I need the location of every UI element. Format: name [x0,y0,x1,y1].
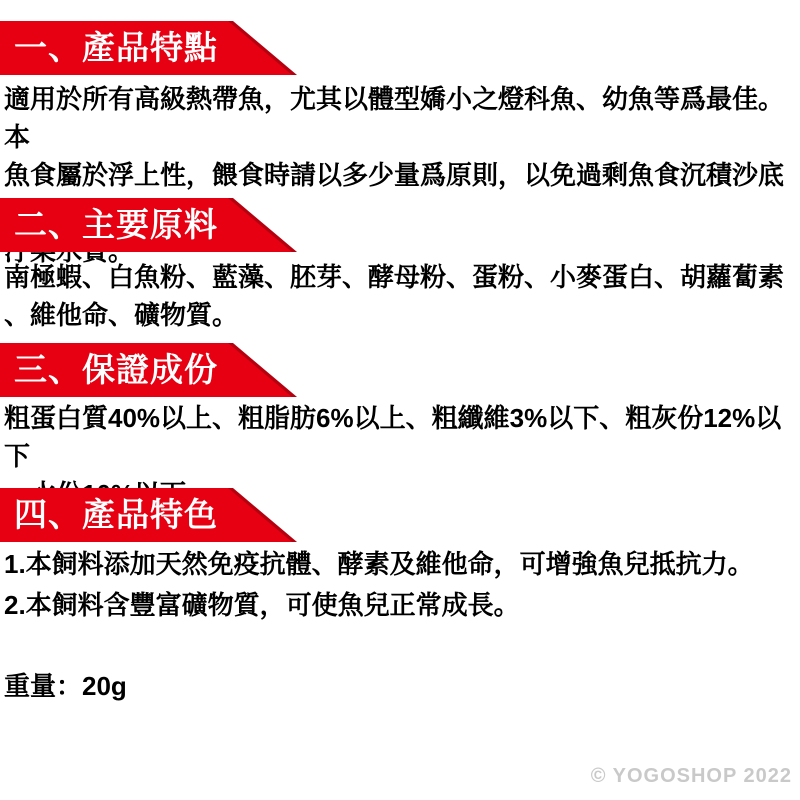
product-description-page: 一、產品特點 適用於所有高級熱帶魚，尤其以體型嬌小之燈科魚、幼魚等爲最佳。本 魚… [0,0,800,800]
feature-item-2: 2.本飼料含豐富礦物質，可使魚兒正常成長。 [4,586,800,624]
section-banner-analysis: 三、保證成份 [0,343,300,397]
section-title: 三、保證成份 [14,343,218,397]
section-title: 四、產品特色 [14,488,218,542]
section-title: 二、主要原料 [14,198,218,252]
section-body-ingredients: 南極蝦、白魚粉、藍藻、胚芽、酵母粉、蛋粉、小麥蛋白、胡蘿蔔素 、維他命、礦物質。 [4,258,800,334]
watermark: © YOGOSHOP 2022 [591,765,792,788]
section-title: 一、產品特點 [14,21,218,75]
section-banner-features: 一、產品特點 [0,21,300,75]
feature-item-1: 1.本飼料添加天然免疫抗體、酵素及維他命，可增強魚兒抵抗力。 [4,545,800,583]
section-banner-characteristics: 四、產品特色 [0,488,300,542]
weight-label: 重量：20g [4,667,800,705]
section-banner-ingredients: 二、主要原料 [0,198,300,252]
